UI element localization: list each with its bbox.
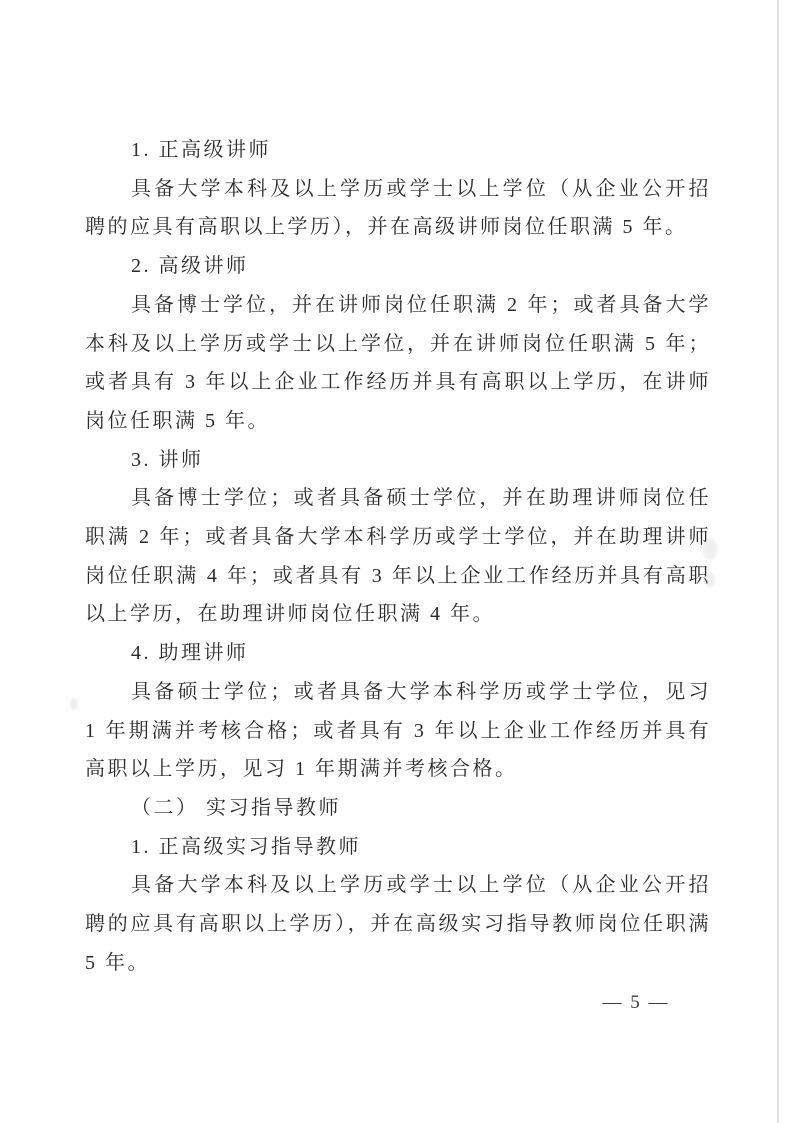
heading-section-shixi-zhidao: （二） 实习指导教师 <box>85 789 711 828</box>
heading-zhenggaoji-shixi-zhidao: 1. 正高级实习指导教师 <box>85 828 711 867</box>
scan-artifact <box>703 538 717 560</box>
heading-jiangshi: 3. 讲师 <box>85 441 711 480</box>
heading-zhuli-jiangshi: 4. 助理讲师 <box>85 634 711 673</box>
document-page: 1. 正高级讲师 具备大学本科及以上学历或学士以上学位（从企业公开招聘的应具有高… <box>0 0 794 1123</box>
paragraph-jiangshi-req: 具备博士学位；或者具备硕士学位，并在助理讲师岗位任职满 2 年；或者具备大学本科… <box>85 479 711 634</box>
paragraph-gaoji-jiangshi-req: 具备博士学位，并在讲师岗位任职满 2 年；或者具备大学本科及以上学历或学士以上学… <box>85 286 711 441</box>
scan-edge-line <box>777 0 779 1123</box>
paragraph-zhenggaoji-jiangshi-req: 具备大学本科及以上学历或学士以上学位（从企业公开招聘的应具有高职以上学历），并在… <box>85 170 711 247</box>
document-body: 1. 正高级讲师 具备大学本科及以上学历或学士以上学位（从企业公开招聘的应具有高… <box>85 131 711 982</box>
heading-gaoji-jiangshi: 2. 高级讲师 <box>85 247 711 286</box>
scan-artifact <box>70 698 78 710</box>
paragraph-zhenggaoji-shixi-req: 具备大学本科及以上学历或学士以上学位（从企业公开招聘的应具有高职以上学历），并在… <box>85 866 711 982</box>
heading-zhenggaoji-jiangshi: 1. 正高级讲师 <box>85 131 711 170</box>
page-number: — 5 — <box>596 992 676 1014</box>
paragraph-zhuli-jiangshi-req: 具备硕士学位；或者具备大学本科学历或学士学位，见习 1 年期满并考核合格；或者具… <box>85 673 711 789</box>
scan-artifact <box>705 572 715 588</box>
